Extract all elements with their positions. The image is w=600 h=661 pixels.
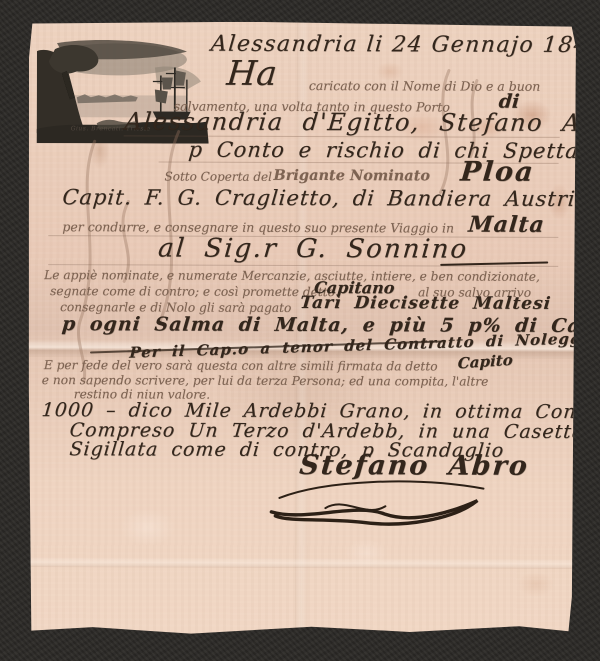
paper: Gius. Brancati. Trieste Alessandria li 2…: [27, 21, 576, 640]
captain-line: Capit. F. G. Craglietto, di Bandiera Aus…: [61, 185, 600, 211]
account-risk-line: p Conto e rischio di chi Spetta —: [188, 138, 600, 163]
vessel-name: Ploa: [459, 157, 536, 188]
consignee-line: al Sig.r G. Sonnino: [157, 234, 470, 265]
signature: Stefano Abro: [298, 450, 530, 482]
printed-faith-line-2: e non sapendo scrivere, per lui da terza…: [42, 373, 489, 389]
scan-background: { "document": { "date_line": "Alessandri…: [0, 0, 600, 661]
opening-initial: Ha: [225, 54, 279, 94]
printed-brigante-nominato: Brigante Nominato: [274, 167, 431, 185]
lower-fold-crease: [27, 557, 574, 569]
printed-sotto-coperta: Sotto Coperta del: [165, 170, 273, 184]
printed-faith-line-1: E per fede del vero sarà questa con altr…: [44, 358, 438, 373]
signature-flourish: [265, 478, 495, 531]
freight-amount: Tarì Diecisette Maltesi: [299, 293, 552, 314]
handwritten-capito: Capito: [458, 351, 513, 373]
printed-goods-line-1: Le appiè nominate, e numerate Mercanzie,…: [44, 268, 540, 284]
place-and-shipper: Alessandria d'Egitto, Stefano Abro: [123, 107, 600, 137]
printed-goods-line-2a: segnate come di contro; e così promette …: [50, 284, 335, 299]
destination: Malta: [467, 212, 546, 238]
